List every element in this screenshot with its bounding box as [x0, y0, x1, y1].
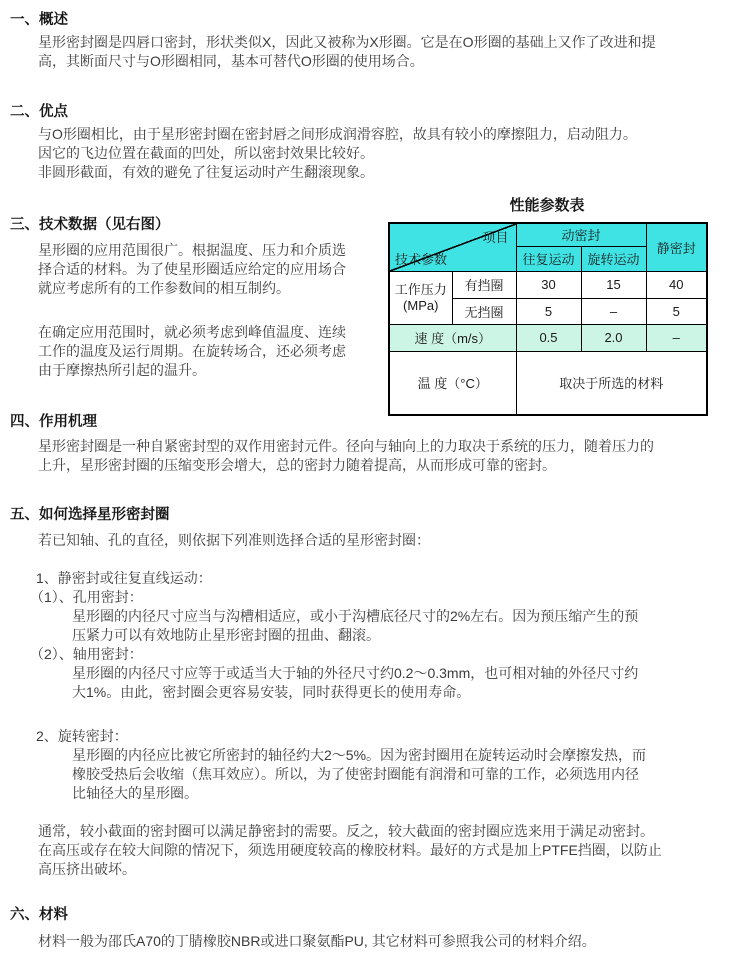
- paragraph-line: 高，其断面尺寸与O形圈相同，基本可替代O形圈的使用场合。: [38, 52, 656, 71]
- paragraph-line: 大1%。由此，密封圈会更容易安装，同时获得更长的使用寿命。: [72, 683, 638, 702]
- performance-table-block: 性能参数表 项目 技术参数 动密封 静密封 往复运动 旋转运动 工作压力 (: [388, 194, 708, 416]
- section-5-intro: 若已知轴、孔的直径，则依据下列准则选择合适的星形密封圈：: [38, 531, 430, 550]
- list-item-1a-title: （1）、孔用密封：: [30, 588, 143, 607]
- paragraph-line: 星形圈的内径尺寸应等于或适当大于轴的外径尺寸约0.2～0.3mm，也可相对轴的外…: [72, 664, 638, 683]
- paragraph-line: 在高压或存在较大间隙的情况下，须选用硬度较高的橡胶材料。最好的方式是加上PTFE…: [38, 841, 662, 860]
- list-item-1-title: 1、静密封或往复直线运动：: [36, 569, 212, 588]
- pressure-value: 5: [646, 298, 707, 324]
- paragraph-line: 高压挤出破坏。: [38, 860, 662, 879]
- paragraph-line: 非圆形截面，有效的避免了往复运动时产生翻滚现象。: [38, 163, 637, 182]
- pressure-value: –: [581, 298, 646, 324]
- row-label-speed: 速 度（m/s）: [389, 324, 516, 351]
- section-6-heading: 六、材料: [10, 903, 68, 924]
- paragraph-line: 压紧力可以有效地防止星形密封圈的扭曲、翻滚。: [72, 626, 638, 645]
- speed-value: 2.0: [581, 324, 646, 351]
- column-header-dynamic-seal: 动密封: [516, 223, 646, 246]
- paragraph-line: 在确定应用范围时，就必须考虑到峰值温度、连续: [38, 323, 346, 342]
- pressure-value: 30: [516, 271, 581, 298]
- paragraph-line: 由于摩擦热所引起的温升。: [38, 361, 346, 380]
- section-6-paragraph: 材料一般为邵氏A70的丁腈橡胶NBR或进口聚氨酯PU, 其它材料可参照我公司的材…: [38, 932, 596, 951]
- pressure-value: 15: [581, 271, 646, 298]
- pressure-label-line1: 工作压力: [390, 282, 452, 298]
- pressure-value: 40: [646, 271, 707, 298]
- paragraph-line: 通常，较小截面的密封圈可以满足静密封的需要。反之，较大截面的密封圈应选来用于满足…: [38, 822, 662, 841]
- pressure-value: 5: [516, 298, 581, 324]
- section-5-heading: 五、如何选择星形密封圈: [10, 503, 170, 524]
- paragraph-line: 因它的飞边位置在截面的凹处，所以密封效果比较好。: [38, 144, 637, 163]
- list-item-2-body: 星形圈的内径应比被它所密封的轴径约大2～5%。因为密封圈用在旋转运动时会摩擦发热…: [72, 746, 646, 803]
- pressure-label-line2: (MPa): [390, 298, 452, 314]
- row-label-working-pressure: 工作压力 (MPa): [389, 271, 452, 324]
- list-item-1b-body: 星形圈的内径尺寸应等于或适当大于轴的外径尺寸约0.2～0.3mm，也可相对轴的外…: [72, 664, 638, 702]
- list-item-1b-title: （2）、轴用密封：: [30, 645, 143, 664]
- row-label-temperature: 温 度（°C）: [389, 351, 516, 415]
- column-header-rotary: 旋转运动: [581, 246, 646, 271]
- section-1-paragraph: 星形密封圈是四唇口密封，形状类似X，因此又被称为X形圈。它是在O形圈的基础上又作…: [38, 33, 656, 71]
- section-4-paragraph: 星形密封圈是一种自紧密封型的双作用密封元件。径向与轴向上的力取决于系统的压力，随…: [38, 437, 654, 475]
- section-3-paragraph-1: 星形圈的应用范围很广。根据温度、压力和介质选 择合适的材料。为了使星形圈适应给定…: [38, 241, 346, 298]
- performance-table: 项目 技术参数 动密封 静密封 往复运动 旋转运动 工作压力 (MPa) 有挡圈…: [388, 222, 708, 416]
- paragraph-line: 就应考虑所有的工作参数间的相互制约。: [38, 279, 346, 298]
- paragraph-line: 星形密封圈是四唇口密封，形状类似X，因此又被称为X形圈。它是在O形圈的基础上又作…: [38, 33, 656, 52]
- column-header-static-seal: 静密封: [646, 223, 707, 271]
- paragraph-line: 择合适的材料。为了使星形圈适应给定的应用场合: [38, 260, 346, 279]
- section-5-closing-paragraph: 通常，较小截面的密封圈可以满足静密封的需要。反之，较大截面的密封圈应选来用于满足…: [38, 822, 662, 879]
- section-2-heading: 二、优点: [10, 100, 68, 121]
- paragraph-line: 星形圈的应用范围很广。根据温度、压力和介质选: [38, 241, 346, 260]
- corner-label-item: 项目: [482, 227, 508, 246]
- paragraph-line: 星形密封圈是一种自紧密封型的双作用密封元件。径向与轴向上的力取决于系统的压力，随…: [38, 437, 654, 456]
- speed-value: –: [646, 324, 707, 351]
- row-label-with-backup-ring: 有挡圈: [452, 271, 516, 298]
- paragraph-line: 星形圈的内径应比被它所密封的轴径约大2～5%。因为密封圈用在旋转运动时会摩擦发热…: [72, 746, 646, 765]
- section-1-heading: 一、概述: [10, 8, 68, 29]
- paragraph-line: 上升，星形密封圈的压缩变形会增大，总的密封力随着提高，从而形成可靠的密封。: [38, 456, 654, 475]
- table-corner-cell: 项目 技术参数: [389, 223, 516, 271]
- section-3-heading: 三、技术数据（见右图）: [10, 213, 170, 234]
- row-label-without-backup-ring: 无挡圈: [452, 298, 516, 324]
- paragraph-line: 橡胶受热后会收缩（焦耳效应）。所以，为了使密封圈能有润滑和可靠的工作，必须选用内…: [72, 765, 646, 784]
- paragraph-line: 与O形圈相比，由于星形密封圈在密封唇之间形成润滑容腔，故具有较小的摩擦阻力，启动…: [38, 125, 637, 144]
- corner-label-param: 技术参数: [395, 249, 447, 268]
- section-2-paragraph: 与O形圈相比，由于星形密封圈在密封唇之间形成润滑容腔，故具有较小的摩擦阻力，启动…: [38, 125, 637, 182]
- list-item-2-title: 2、旋转密封：: [36, 727, 128, 746]
- column-header-reciprocating: 往复运动: [516, 246, 581, 271]
- section-3-paragraph-2: 在确定应用范围时，就必须考虑到峰值温度、连续 工作的温度及运行周期。在旋转场合，…: [38, 323, 346, 380]
- paragraph-line: 星形圈的内径尺寸应当与沟槽相适应，或小于沟槽底径尺寸的2%左右。因为预压缩产生的…: [72, 607, 638, 626]
- document-page: 一、概述 星形密封圈是四唇口密封，形状类似X，因此又被称为X形圈。它是在O形圈的…: [0, 0, 737, 970]
- list-item-1a-body: 星形圈的内径尺寸应当与沟槽相适应，或小于沟槽底径尺寸的2%左右。因为预压缩产生的…: [72, 607, 638, 645]
- table-title: 性能参数表: [388, 194, 706, 215]
- paragraph-line: 工作的温度及运行周期。在旋转场合，还必须考虑: [38, 342, 346, 361]
- paragraph-line: 比轴径大的星形圈。: [72, 784, 646, 803]
- speed-value: 0.5: [516, 324, 581, 351]
- section-4-heading: 四、作用机理: [10, 410, 97, 431]
- temperature-value: 取决于所选的材料: [516, 351, 707, 415]
